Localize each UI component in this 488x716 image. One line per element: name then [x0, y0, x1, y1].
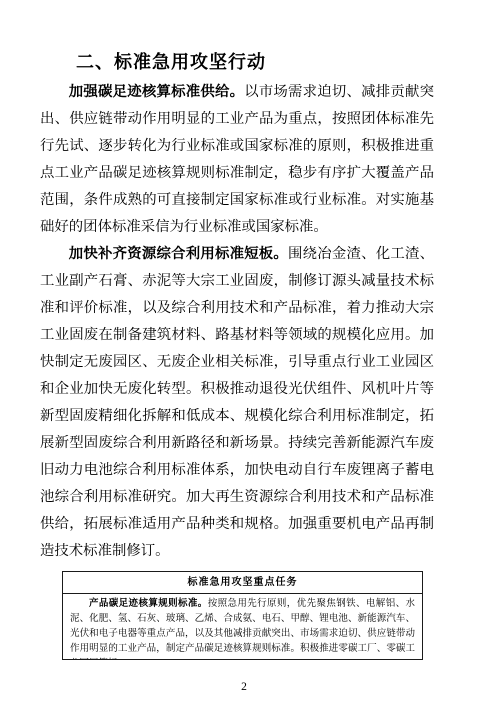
paragraph-resource-utilization-standards: 加快补齐资源综合利用标准短板。围绕冶金渣、化工渣、工业副产石膏、赤泥等大宗工业固…: [40, 241, 434, 565]
key-tasks-box: 标准急用攻坚重点任务 产品碳足迹核算规则标准。按照急用先行原则，优先聚焦钢铁、电…: [62, 571, 423, 660]
paragraph-lead: 加快补齐资源综合利用标准短板。: [69, 246, 288, 262]
page-content: 二、标准急用攻坚行动 加强碳足迹核算标准供给。以市场需求迫切、减排贡献突出、供应…: [40, 49, 434, 660]
document-page: { "colors": { "page_background": "#fffff…: [0, 0, 488, 716]
page-number: 2: [0, 681, 488, 693]
key-tasks-box-title: 标准急用攻坚重点任务: [63, 572, 422, 594]
paragraph-body: 以市场需求迫切、减排贡献突出、供应链带动作用明显的工业产品为重点，按照团体标准先…: [40, 84, 434, 235]
paragraph-body: 围绕冶金渣、化工渣、工业副产石膏、赤泥等大宗工业固废，制修订源头减量技术标准和评…: [40, 246, 434, 559]
paragraph-lead: 加强碳足迹核算标准供给。: [69, 84, 244, 100]
key-tasks-box-body: 产品碳足迹核算规则标准。按照急用先行原则，优先聚焦钢铁、电解铝、水泥、化肥、氢、…: [63, 594, 422, 659]
section-heading: 二、标准急用攻坚行动: [40, 49, 434, 76]
paragraph-carbon-footprint-standards: 加强碳足迹核算标准供给。以市场需求迫切、减排贡献突出、供应链带动作用明显的工业产…: [40, 79, 434, 241]
task-box-lead: 产品碳足迹核算规则标准。: [89, 599, 208, 609]
